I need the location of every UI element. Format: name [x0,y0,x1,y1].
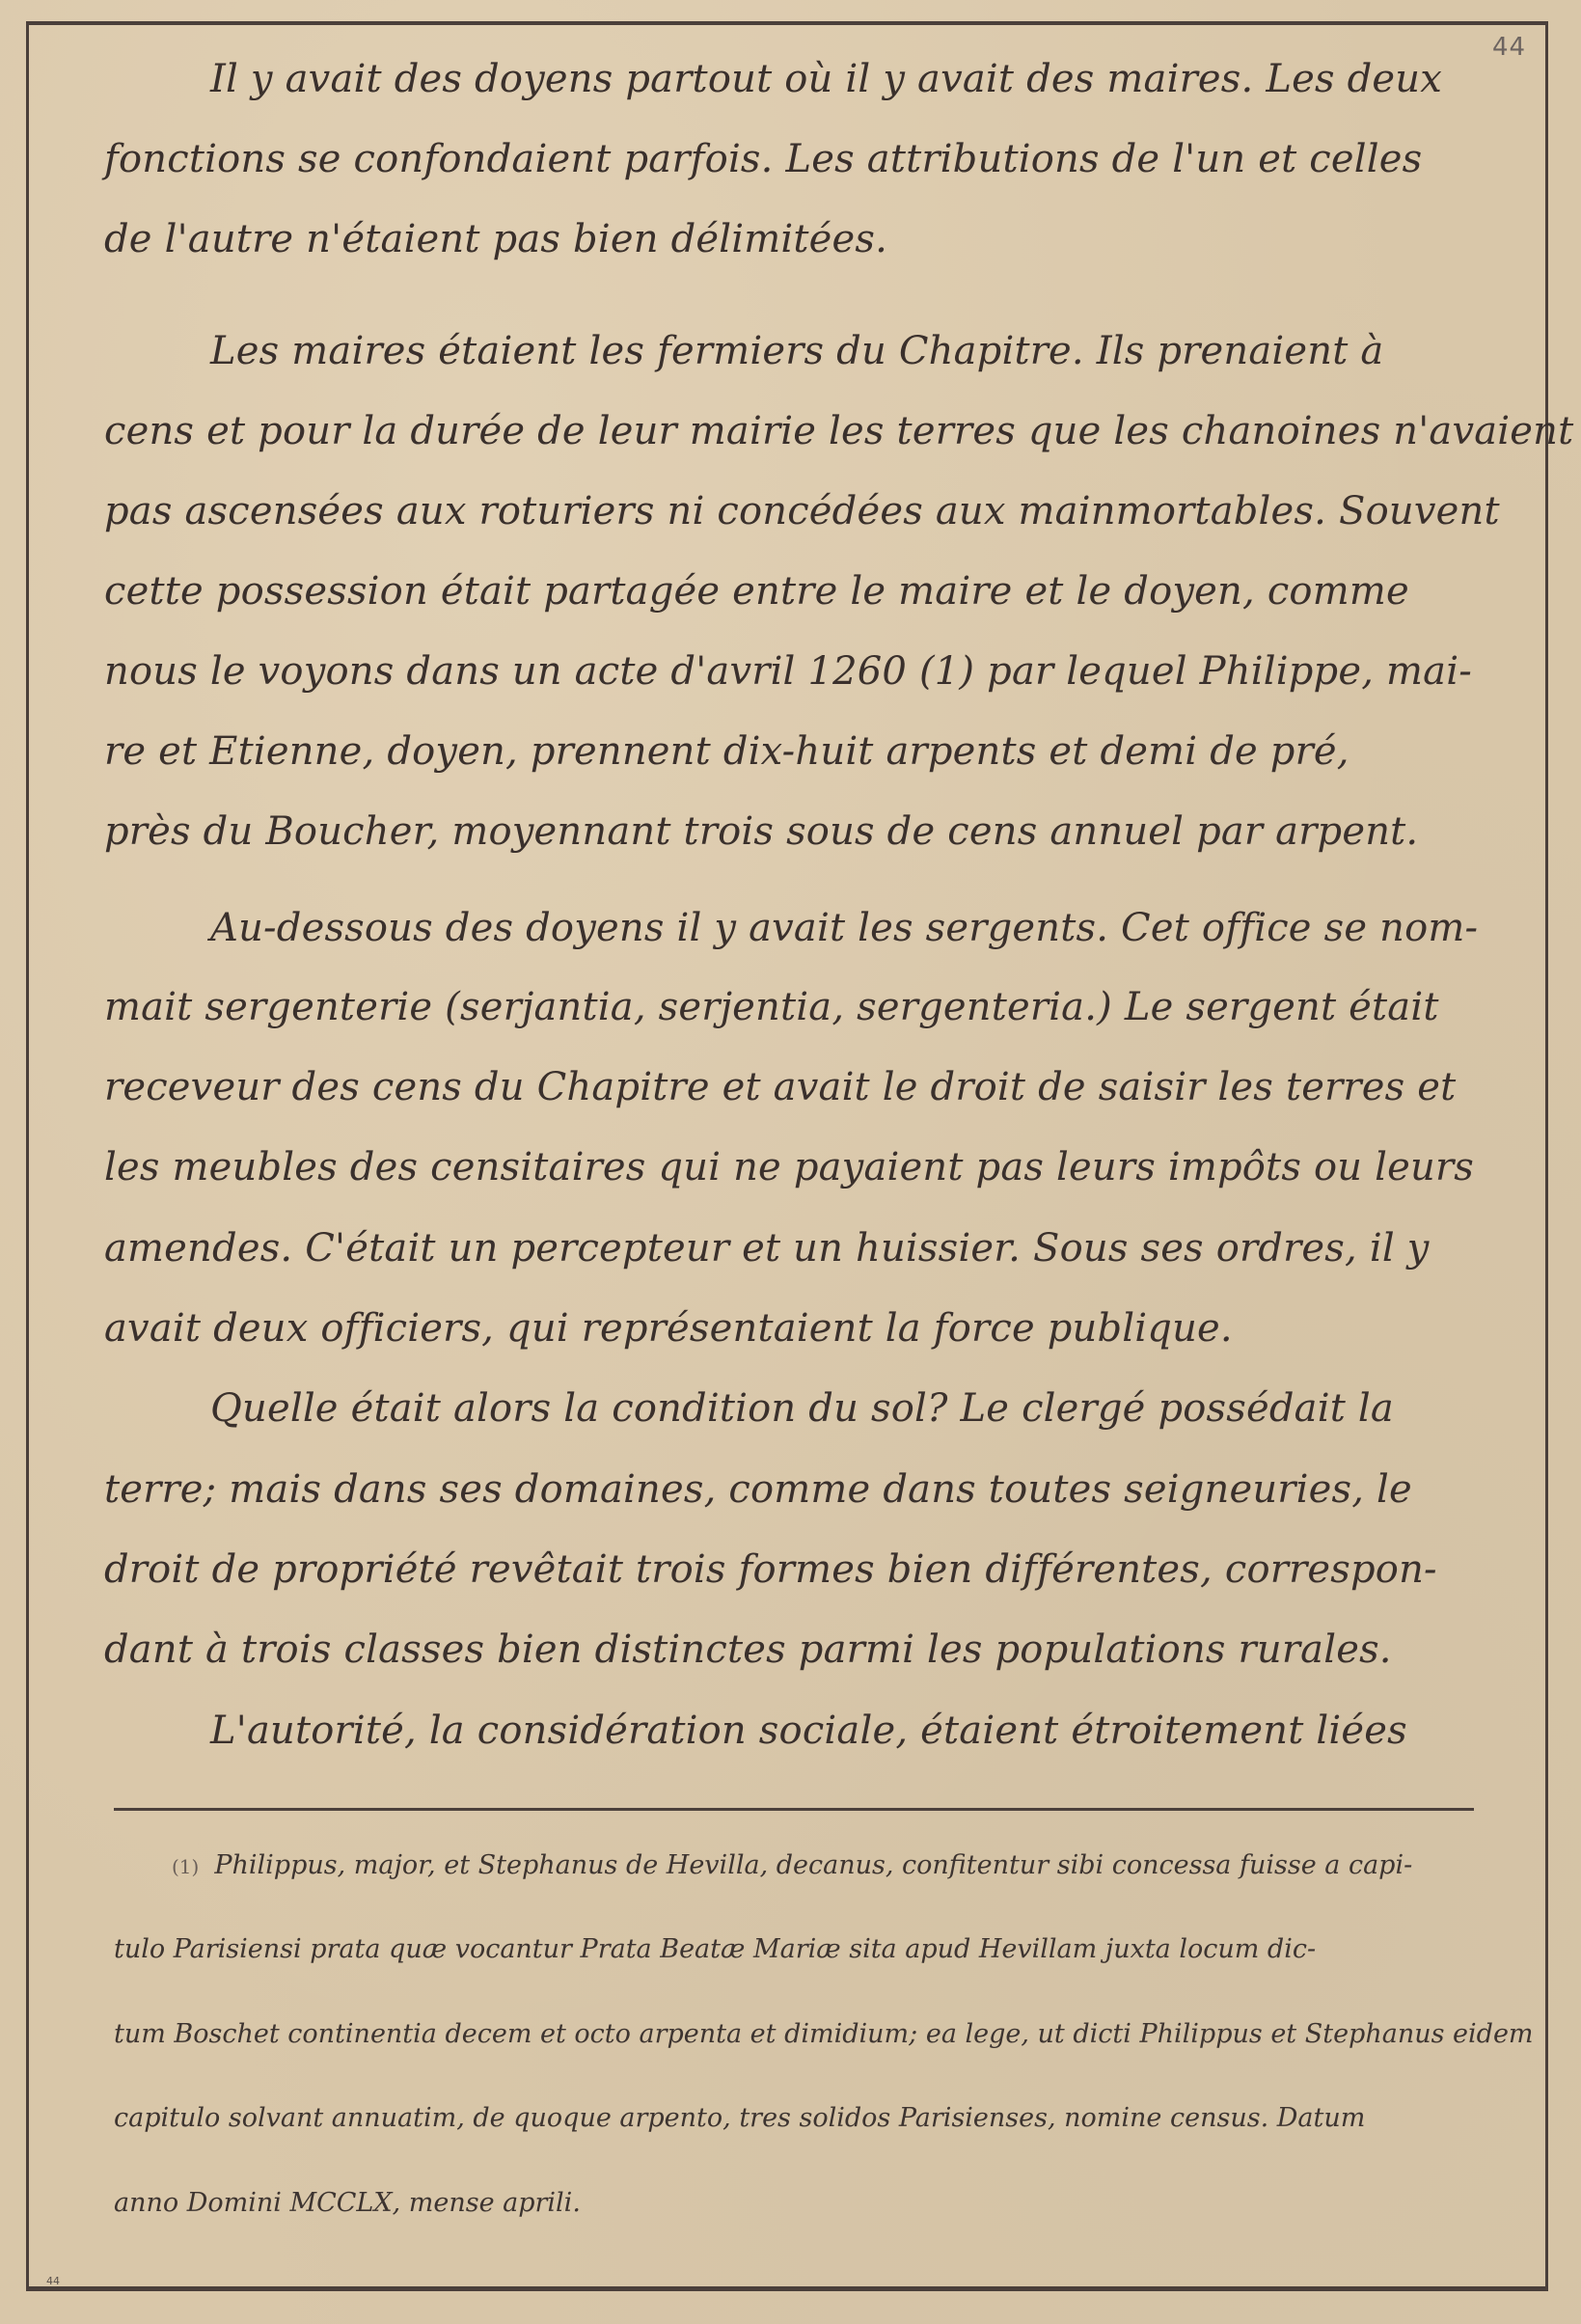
page-number: 44 [1492,33,1526,62]
footnote-line: (1)Philippus, major, et Stephanus de Hev… [172,1852,1412,1878]
text-line: droit de propriété revêtait trois formes… [104,1550,1437,1589]
text-line: Quelle était alors la condition du sol? … [210,1389,1394,1428]
footnote-line-text: Philippus, major, et Stephanus de Hevill… [214,1850,1412,1880]
text-line: Au-dessous des doyens il y avait les ser… [210,909,1478,947]
text-line: L'autorité, la considération sociale, ét… [210,1711,1407,1750]
text-line: fonctions se confondaient parfois. Les a… [104,140,1422,178]
text-line: re et Etienne, doyen, prennent dix-huit … [104,732,1349,771]
text-line: les meubles des censitaires qui ne payai… [104,1148,1474,1187]
footnote-separator-rule [114,1808,1474,1811]
footnote-line: tum Boschet continentia decem et octo ar… [114,2021,1534,2047]
text-line: cette possession était partagée entre le… [104,572,1409,611]
text-line: de l'autre n'étaient pas bien délimitées… [104,220,887,259]
text-line: cens et pour la durée de leur mairie les… [104,412,1573,451]
manuscript-page: 44 44 Il y avait des doyens partout où i… [0,0,1581,2324]
footnote-line: anno Domini MCCLX, mense aprili. [114,2190,581,2216]
text-line: pas ascensées aux roturiers ni concédées… [104,492,1500,531]
corner-folio-mark: 44 [46,2275,60,2287]
text-line: amendes. C'était un percepteur et un hui… [104,1229,1430,1268]
footnote-line: tulo Parisiensi prata quæ vocantur Prata… [114,1936,1316,1962]
text-line: Il y avait des doyens partout où il y av… [210,60,1442,98]
text-line: terre; mais dans ses domaines, comme dan… [104,1470,1412,1509]
text-line: avait deux officiers, qui représentaient… [104,1309,1233,1348]
text-line: près du Boucher, moyennant trois sous de… [104,812,1418,851]
footnote-line: capitulo solvant annuatim, de quoque arp… [114,2105,1365,2131]
text-line: mait sergenterie (serjantia, serjentia, … [104,988,1439,1026]
footnote-marker: (1) [172,1855,199,1878]
text-line: nous le voyons dans un acte d'avril 1260… [104,652,1472,691]
text-line: dant à trois classes bien distinctes par… [104,1630,1392,1669]
text-line: Les maires étaient les fermiers du Chapi… [210,332,1383,370]
text-line: receveur des cens du Chapitre et avait l… [104,1068,1456,1107]
